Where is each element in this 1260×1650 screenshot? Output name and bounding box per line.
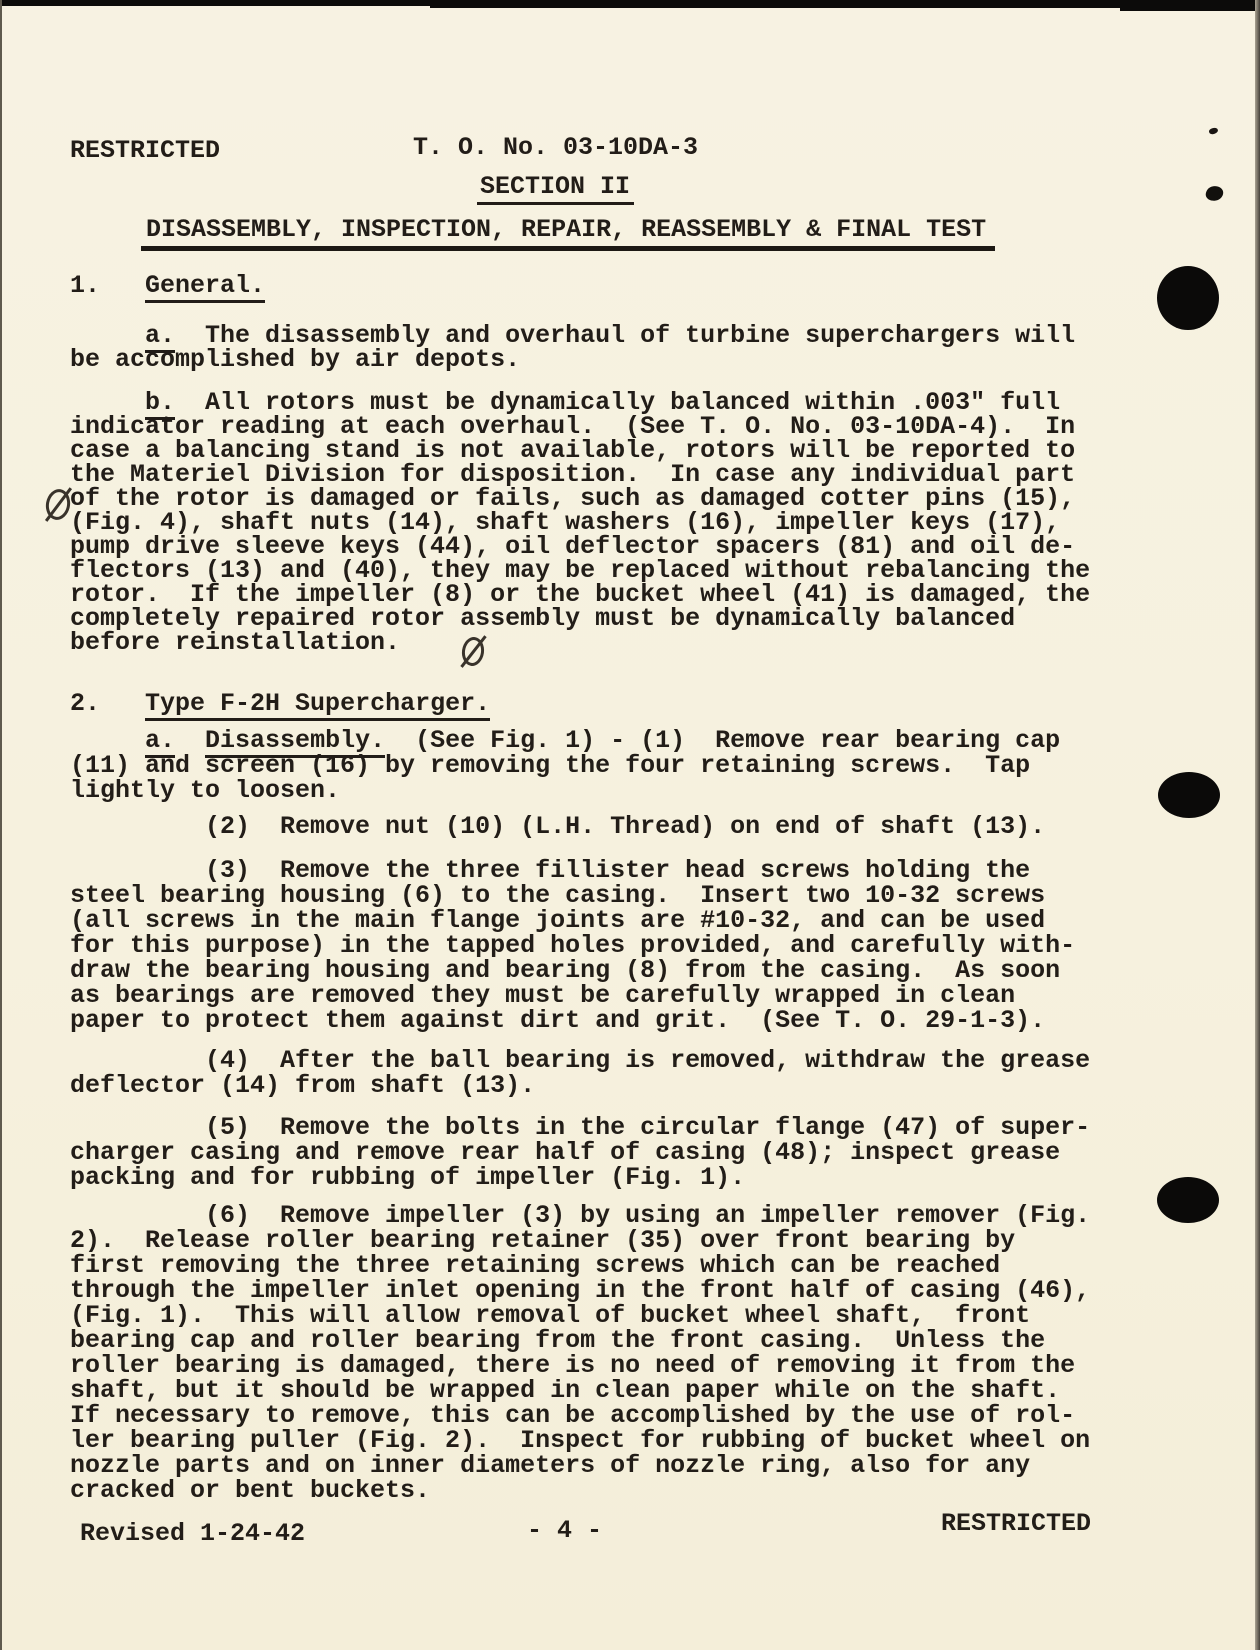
scan-edge-left [0, 0, 2, 1650]
paragraph-1b: b. All rotors must be dynamically balanc… [70, 391, 1090, 655]
paragraph-2a: a. Disassembly. (See Fig. 1) - (1) Remov… [70, 728, 1060, 803]
item-1-gap [100, 271, 145, 300]
document-title: DISASSEMBLY, INSPECTION, REPAIR, REASSEM… [141, 215, 995, 251]
step-4-paragraph: (4) After the ball bearing is removed, w… [70, 1048, 1090, 1098]
empty-set-margin-annotation-icon [43, 487, 72, 522]
item-2-heading: 2. Type F-2H Supercharger. [70, 689, 490, 718]
footer-classification: RESTRICTED [941, 1509, 1091, 1538]
step-6-paragraph: (6) Remove impeller (3) by using an impe… [70, 1203, 1090, 1503]
item-1-number: 1. [70, 271, 100, 300]
item-2-number: 2. [70, 689, 100, 718]
punch-hole-top [1157, 266, 1219, 330]
paragraph-1b-lines: indicator reading at each overhaul. (See… [70, 415, 1090, 655]
item-1-heading-text: General. [145, 271, 265, 303]
item-2-gap [100, 689, 145, 718]
scan-edge-top-corner [1120, 0, 1260, 11]
ink-blob-icon [1205, 184, 1225, 202]
paragraph-1a-lines: be accomplished by air depots. [70, 348, 1075, 372]
step-5-paragraph: (5) Remove the bolts in the circular fla… [70, 1115, 1090, 1190]
item-2-heading-text: Type F-2H Supercharger. [145, 689, 490, 721]
footer-revised-date: Revised 1-24-42 [80, 1519, 305, 1548]
item-1-heading: 1. General. [70, 271, 265, 300]
punch-hole-bottom [1157, 1177, 1219, 1223]
step-3-paragraph: (3) Remove the three fillister head scre… [70, 858, 1075, 1033]
technical-order-number: T. O. No. 03-10DA-3 [413, 133, 698, 162]
section-heading: SECTION II [477, 172, 634, 205]
scan-edge-right [1255, 0, 1260, 1650]
paragraph-2a-lines: (11) and screen (16) by removing the fou… [70, 753, 1060, 803]
scanned-document-page: RESTRICTED T. O. No. 03-10DA-3 SECTION I… [0, 0, 1260, 1650]
step-2-paragraph: (2) Remove nut (10) (L.H. Thread) on end… [70, 814, 1045, 839]
punch-hole-middle [1158, 772, 1220, 818]
classification-header: RESTRICTED [70, 136, 220, 165]
ink-speck-icon [1208, 127, 1218, 135]
paragraph-2a-first-line: a. Disassembly. (See Fig. 1) - (1) Remov… [70, 728, 1060, 753]
paragraph-1a: a. The disassembly and overhaul of turbi… [70, 324, 1075, 372]
footer-page-number: - 4 - [527, 1516, 602, 1545]
